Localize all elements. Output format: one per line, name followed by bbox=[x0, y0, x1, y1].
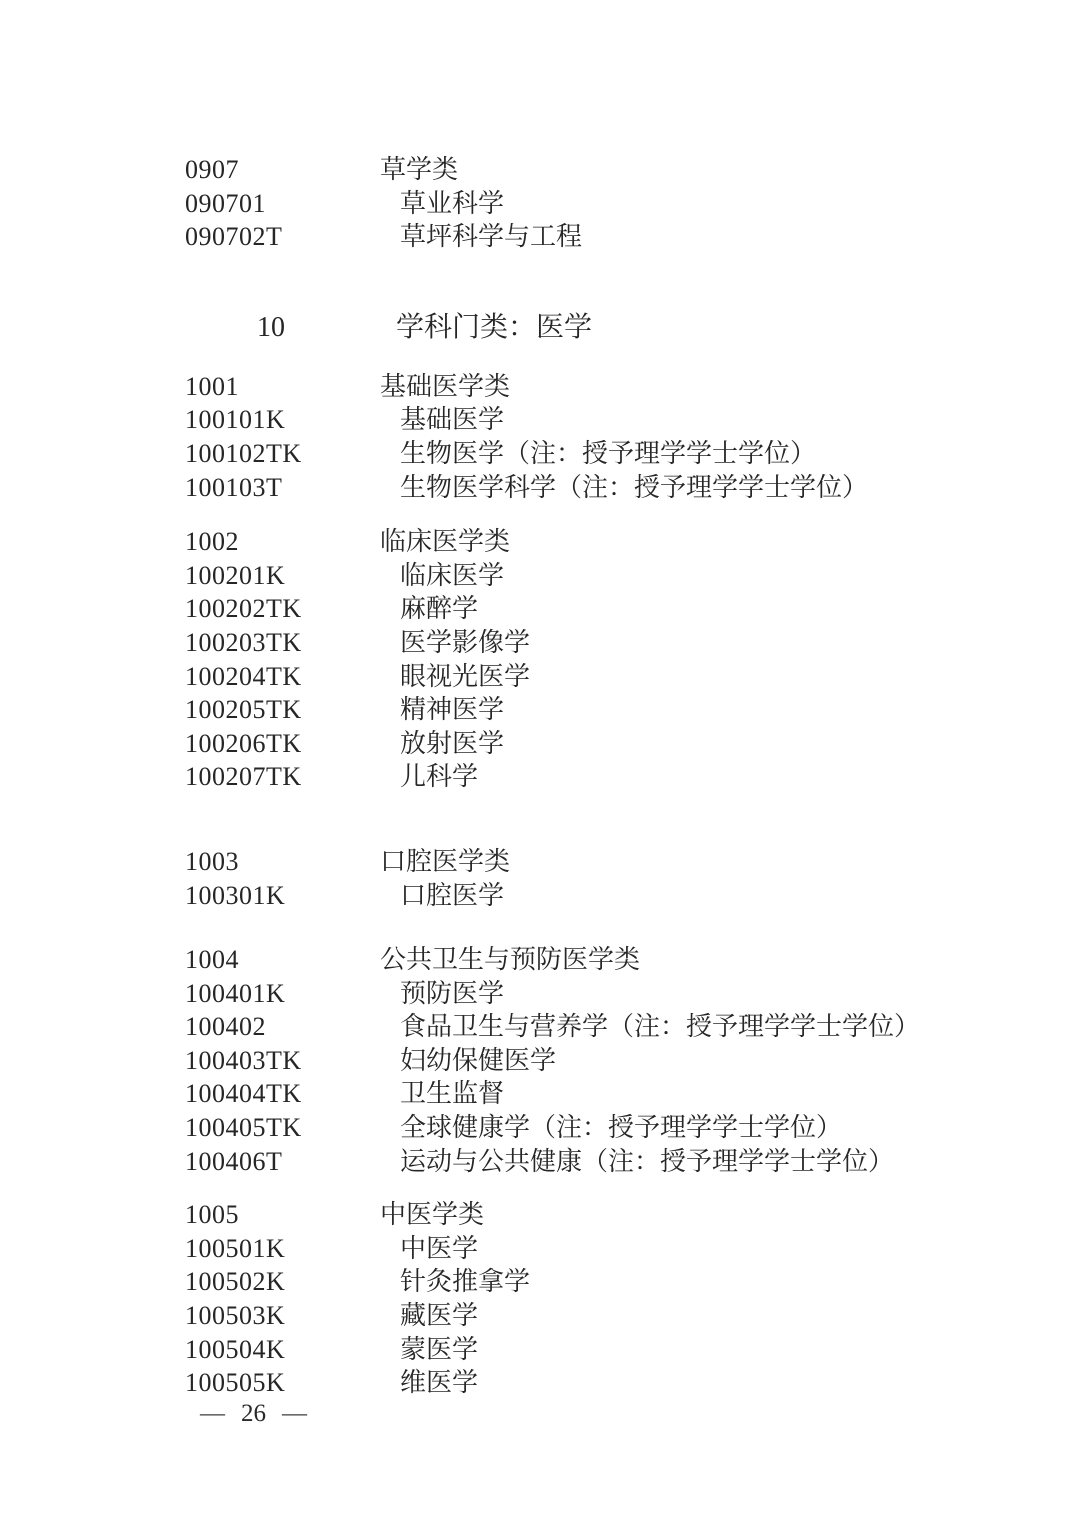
discipline-name: 医学影像学 bbox=[380, 626, 1050, 660]
discipline-name: 精神医学 bbox=[380, 693, 1050, 727]
discipline-code: 100203TK bbox=[185, 626, 380, 660]
discipline-row: 100203TK医学影像学 bbox=[185, 626, 1050, 660]
discipline-code: 100503K bbox=[185, 1299, 380, 1333]
discipline-row: 1004公共卫生与预防医学类 bbox=[185, 943, 1050, 977]
discipline-row: 1005中医学类 bbox=[185, 1198, 1050, 1232]
page-footer: — 26 — bbox=[200, 1398, 307, 1430]
discipline-code: 100403TK bbox=[185, 1044, 380, 1078]
category-number: 10 bbox=[185, 308, 380, 348]
discipline-row: 1001基础医学类 bbox=[185, 370, 1050, 404]
discipline-name: 临床医学 bbox=[380, 559, 1050, 593]
discipline-group: 1002临床医学类100201K临床医学100202TK麻醉学100203TK医… bbox=[185, 525, 1050, 794]
discipline-code: 1003 bbox=[185, 845, 380, 879]
discipline-code: 100504K bbox=[185, 1333, 380, 1367]
discipline-code: 100404TK bbox=[185, 1077, 380, 1111]
discipline-code: 100202TK bbox=[185, 592, 380, 626]
discipline-name: 口腔医学类 bbox=[380, 845, 1050, 879]
discipline-name: 针灸推拿学 bbox=[380, 1265, 1050, 1299]
discipline-row: 1002临床医学类 bbox=[185, 525, 1050, 559]
discipline-code: 090701 bbox=[185, 187, 380, 221]
discipline-row: 100103T生物医学科学（注：授予理学学士学位） bbox=[185, 471, 1050, 505]
discipline-group: 1003口腔医学类100301K口腔医学 bbox=[185, 845, 1050, 912]
discipline-row: 090702T草坪科学与工程 bbox=[185, 220, 1050, 254]
discipline-row: 100402食品卫生与营养学（注：授予理学学士学位） bbox=[185, 1010, 1050, 1044]
discipline-code: 1004 bbox=[185, 943, 380, 977]
discipline-row: 100207TK儿科学 bbox=[185, 760, 1050, 794]
discipline-name: 草坪科学与工程 bbox=[380, 220, 1050, 254]
discipline-row: 100403TK妇幼保健医学 bbox=[185, 1044, 1050, 1078]
discipline-code: 100401K bbox=[185, 977, 380, 1011]
discipline-code: 100207TK bbox=[185, 760, 380, 794]
discipline-row: 100101K基础医学 bbox=[185, 403, 1050, 437]
discipline-row: 100504K蒙医学 bbox=[185, 1333, 1050, 1367]
discipline-row: 100502K针灸推拿学 bbox=[185, 1265, 1050, 1299]
discipline-name: 口腔医学 bbox=[380, 879, 1050, 913]
discipline-row: 100202TK麻醉学 bbox=[185, 592, 1050, 626]
discipline-name: 草业科学 bbox=[380, 187, 1050, 221]
discipline-name: 全球健康学（注：授予理学学士学位） bbox=[380, 1111, 1050, 1145]
discipline-code: 100406T bbox=[185, 1145, 380, 1179]
discipline-row: 100102TK生物医学（注：授予理学学士学位） bbox=[185, 437, 1050, 471]
discipline-list: 0907草学类090701草业科学090702T草坪科学与工程10学科门类：医学… bbox=[185, 153, 1050, 1400]
discipline-row: 100401K预防医学 bbox=[185, 977, 1050, 1011]
discipline-group: 0907草学类090701草业科学090702T草坪科学与工程 bbox=[185, 153, 1050, 254]
discipline-code: 100505K bbox=[185, 1366, 380, 1400]
discipline-code: 100301K bbox=[185, 879, 380, 913]
discipline-row: 100206TK放射医学 bbox=[185, 727, 1050, 761]
discipline-row: 100404TK卫生监督 bbox=[185, 1077, 1050, 1111]
discipline-code: 100102TK bbox=[185, 437, 380, 471]
discipline-name: 基础医学类 bbox=[380, 370, 1050, 404]
discipline-group: 1005中医学类100501K中医学100502K针灸推拿学100503K藏医学… bbox=[185, 1198, 1050, 1400]
discipline-name: 食品卫生与营养学（注：授予理学学士学位） bbox=[380, 1010, 1050, 1044]
discipline-name: 草学类 bbox=[380, 153, 1050, 187]
discipline-name: 公共卫生与预防医学类 bbox=[380, 943, 1050, 977]
discipline-row: 090701草业科学 bbox=[185, 187, 1050, 221]
discipline-name: 藏医学 bbox=[380, 1299, 1050, 1333]
discipline-code: 100204TK bbox=[185, 660, 380, 694]
footer-left-dash: — bbox=[200, 1398, 225, 1430]
discipline-row: 100406T运动与公共健康（注：授予理学学士学位） bbox=[185, 1145, 1050, 1179]
section-heading: 10学科门类：医学 bbox=[185, 308, 1050, 348]
discipline-code: 100201K bbox=[185, 559, 380, 593]
discipline-code: 100402 bbox=[185, 1010, 380, 1044]
discipline-code: 100502K bbox=[185, 1265, 380, 1299]
discipline-code: 100501K bbox=[185, 1232, 380, 1266]
discipline-code: 1005 bbox=[185, 1198, 380, 1232]
discipline-code: 100205TK bbox=[185, 693, 380, 727]
category-title: 学科门类：医学 bbox=[380, 308, 592, 348]
discipline-row: 100503K藏医学 bbox=[185, 1299, 1050, 1333]
discipline-code: 100206TK bbox=[185, 727, 380, 761]
discipline-code: 090702T bbox=[185, 220, 380, 254]
discipline-code: 100103T bbox=[185, 471, 380, 505]
discipline-row: 100501K中医学 bbox=[185, 1232, 1050, 1266]
discipline-name: 基础医学 bbox=[380, 403, 1050, 437]
discipline-row: 1003口腔医学类 bbox=[185, 845, 1050, 879]
discipline-row: 0907草学类 bbox=[185, 153, 1050, 187]
discipline-row: 100405TK全球健康学（注：授予理学学士学位） bbox=[185, 1111, 1050, 1145]
discipline-row: 100204TK眼视光医学 bbox=[185, 660, 1050, 694]
discipline-row: 100301K口腔医学 bbox=[185, 879, 1050, 913]
discipline-name: 放射医学 bbox=[380, 727, 1050, 761]
discipline-name: 中医学 bbox=[380, 1232, 1050, 1266]
discipline-name: 中医学类 bbox=[380, 1198, 1050, 1232]
discipline-name: 维医学 bbox=[380, 1366, 1050, 1400]
discipline-code: 1001 bbox=[185, 370, 380, 404]
discipline-code: 100405TK bbox=[185, 1111, 380, 1145]
discipline-name: 眼视光医学 bbox=[380, 660, 1050, 694]
discipline-name: 临床医学类 bbox=[380, 525, 1050, 559]
discipline-name: 生物医学科学（注：授予理学学士学位） bbox=[380, 471, 1050, 505]
discipline-name: 生物医学（注：授予理学学士学位） bbox=[380, 437, 1050, 471]
discipline-row: 100201K临床医学 bbox=[185, 559, 1050, 593]
discipline-name: 卫生监督 bbox=[380, 1077, 1050, 1111]
discipline-row: 100205TK精神医学 bbox=[185, 693, 1050, 727]
discipline-name: 蒙医学 bbox=[380, 1333, 1050, 1367]
discipline-name: 运动与公共健康（注：授予理学学士学位） bbox=[380, 1145, 1050, 1179]
discipline-name: 妇幼保健医学 bbox=[380, 1044, 1050, 1078]
discipline-name: 预防医学 bbox=[380, 977, 1050, 1011]
discipline-code: 1002 bbox=[185, 525, 380, 559]
discipline-group: 1001基础医学类100101K基础医学100102TK生物医学（注：授予理学学… bbox=[185, 370, 1050, 504]
discipline-name: 儿科学 bbox=[380, 760, 1050, 794]
discipline-group: 1004公共卫生与预防医学类100401K预防医学100402食品卫生与营养学（… bbox=[185, 943, 1050, 1178]
discipline-code: 100101K bbox=[185, 403, 380, 437]
footer-right-dash: — bbox=[282, 1398, 307, 1430]
discipline-row: 100505K维医学 bbox=[185, 1366, 1050, 1400]
discipline-code: 0907 bbox=[185, 153, 380, 187]
page-number: 26 bbox=[241, 1398, 266, 1430]
document-page: 0907草学类090701草业科学090702T草坪科学与工程10学科门类：医学… bbox=[0, 0, 1080, 1527]
discipline-name: 麻醉学 bbox=[380, 592, 1050, 626]
